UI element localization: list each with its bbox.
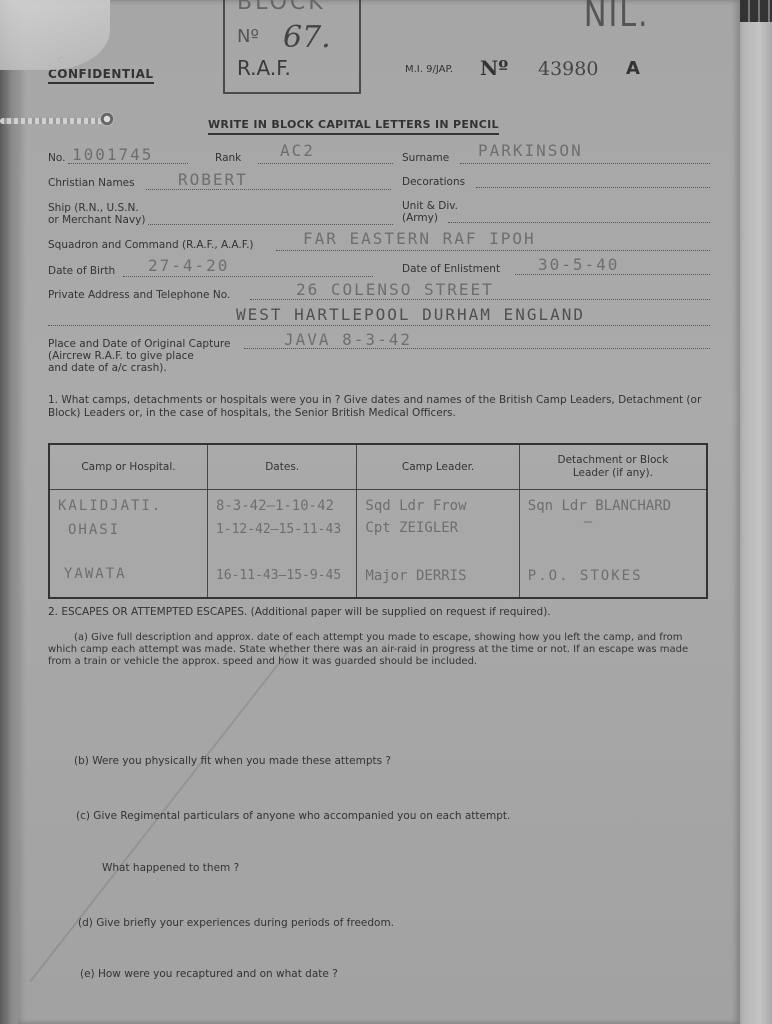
stamp-org: R.A.F. [237,56,291,80]
capture-label-line1: Place and Date of Original Capture [48,338,230,350]
dates-cell-3[interactable]: 16-11-43—15-9-45 [216,568,341,583]
dob-value[interactable]: 27-4-20 [148,256,229,275]
header-camp-leader: Camp Leader. [357,444,519,490]
address-value-line2[interactable]: WEST HARTLEPOOL DURHAM ENGLAND [236,305,585,324]
dates-cell-2[interactable]: 1-12-42—15-11-43 [216,522,341,537]
camps-table-header: Camp or Hospital. Dates. Camp Leader. De… [49,444,707,490]
unit-label-line2: (Army) [402,212,438,224]
classification-label: CONFIDENTIAL [48,67,154,84]
rank-line [258,163,393,164]
ref-suffix: A [626,58,640,79]
ship-label-line1: Ship (R.N., U.S.N. [48,202,139,214]
capture-value[interactable]: JAVA 8-3-42 [284,330,412,349]
address-line-2 [48,325,710,326]
address-label: Private Address and Telephone No. [48,289,230,301]
ship-label-line2: or Merchant Navy) [48,214,145,226]
section2-question-d: (d) Give briefly your experiences during… [78,917,678,930]
header-camp: Camp or Hospital. [49,444,207,490]
block-stamp: BLOCK Nº 67. R.A.F. [223,0,361,94]
section2-question-b: (b) Were you physically fit when you mad… [74,755,674,768]
section2-question-c-followup: What happened to them ? [102,862,702,875]
christian-names-line [146,189,391,190]
detachment-leader-cell-2[interactable]: — [584,514,594,530]
squadron-line [276,250,710,251]
dates-column: 8-3-42—1-10-42 1-12-42—15-11-43 16-11-43… [207,490,356,599]
unit-label-line1: Unit & Div. [402,200,458,212]
detachment-leader-column: Sqn Ldr BLANCHARD — P.O. STOKES [519,490,707,599]
ship-line [148,224,393,225]
camp-leader-cell-2[interactable]: Cpt ZEIGLER [365,520,458,536]
section2-question-e: (e) How were you recaptured and on what … [80,968,680,981]
treasury-tag-string [0,118,110,124]
christian-names-label: Christian Names [48,177,135,189]
treasury-tag-eyelet [100,112,114,126]
service-no-value[interactable]: 1001745 [72,145,153,164]
squadron-value[interactable]: FAR EASTERN RAF IPOH [303,229,536,248]
instruction-heading: WRITE IN BLOCK CAPITAL LETTERS IN PENCIL [208,118,499,135]
header-detachment-leader: Detachment or Block Leader (if any). [519,444,707,490]
enlistment-line [515,274,710,275]
camp-cell-1[interactable]: KALIDJATI. [58,498,162,514]
camp-cell-3[interactable]: YAWATA [64,566,127,582]
camp-leader-column: Sqd Ldr Frow Cpt ZEIGLER Major DERRIS [357,490,519,599]
section1-question: 1. What camps, detachments or hospitals … [48,394,713,420]
camp-cell-2[interactable]: OHASI [68,522,120,538]
stamp-no-label: Nº [237,26,259,47]
background-window [740,0,772,22]
service-no-label: No. [48,152,65,164]
surname-line [460,163,710,164]
detachment-leader-cell-3[interactable]: P.O. STOKES [528,568,643,584]
section2-question-a: (a) Give full description and approx. da… [48,632,713,668]
capture-label-line3: and date of a/c crash). [48,362,167,374]
camps-table-body: KALIDJATI. OHASI YAWATA 8-3-42—1-10-42 1… [49,490,707,599]
rank-value[interactable]: AC2 [280,141,315,160]
enlistment-label: Date of Enlistment [402,263,500,275]
surname-label: Surname [402,152,449,164]
detachment-leader-cell-1[interactable]: Sqn Ldr BLANCHARD [528,498,671,514]
decorations-label: Decorations [402,176,465,188]
document-page: BLOCK Nº 67. R.A.F. NIL. C CONFIDENTIAL … [18,0,740,1024]
section2-question-c: (c) Give Regimental particulars of anyon… [76,810,676,823]
dob-line [123,276,373,277]
surname-value[interactable]: PARKINSON [478,141,583,160]
nil-annotation: NIL. [584,0,649,35]
rank-label: Rank [215,152,241,164]
address-value-line1[interactable]: 26 COLENSO STREET [296,280,494,299]
enlistment-value[interactable]: 30-5-40 [538,255,619,274]
unit-line [448,222,710,223]
section2-heading: 2. ESCAPES OR ATTEMPTED ESCAPES. (Additi… [48,606,713,619]
ref-no-label: Nº [480,56,508,80]
dates-cell-1[interactable]: 8-3-42—1-10-42 [216,498,334,514]
dob-label: Date of Birth [48,265,115,277]
christian-names-value[interactable]: ROBERT [178,170,248,189]
camp-leader-cell-1[interactable]: Sqd Ldr Frow [365,498,466,514]
ref-number: 43980 [538,58,598,80]
camp-leader-cell-3[interactable]: Major DERRIS [365,568,466,584]
decorations-line [476,187,710,188]
camp-column: KALIDJATI. OHASI YAWATA [49,490,207,599]
squadron-label: Squadron and Command (R.A.F., A.A.F.) [48,239,254,251]
stamp-block-text: BLOCK [237,0,326,15]
stamp-number: 67. [283,20,331,55]
address-line-1 [250,299,710,300]
ref-prefix: M.I. 9/JAP. [405,64,453,75]
capture-label-line2: (Aircrew R.A.F. to give place [48,350,194,362]
camps-table: Camp or Hospital. Dates. Camp Leader. De… [48,443,708,599]
header-dates: Dates. [207,444,356,490]
